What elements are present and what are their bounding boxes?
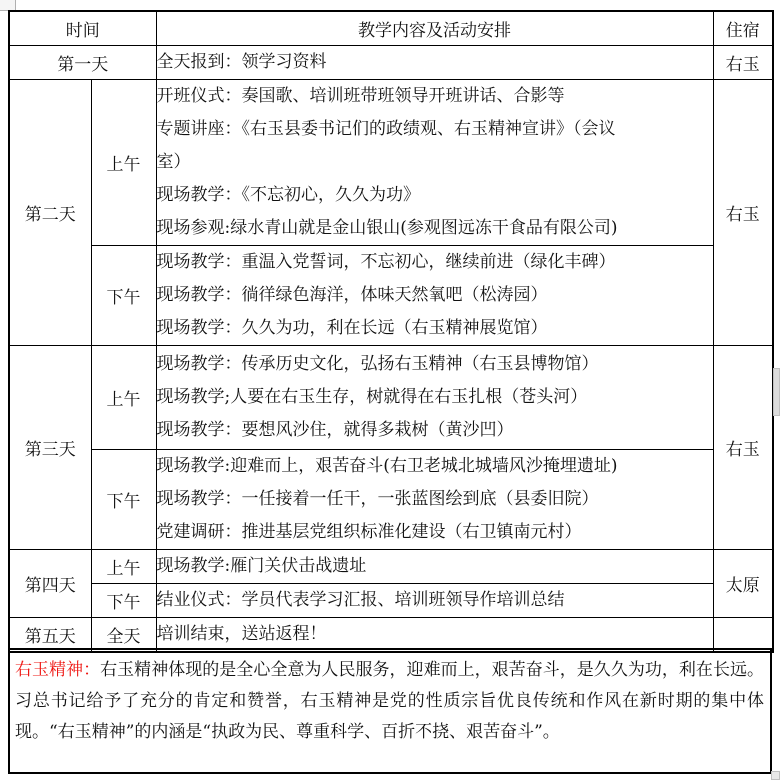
day2-morning-time: 上午 xyxy=(91,79,156,245)
day3-afternoon-row: 下午 现场教学:迎难而上，艰苦奋斗(右卫老城北城墙风沙掩埋遗址) 现场教学：一任… xyxy=(9,449,773,549)
schedule-line: 开班仪式：奏国歌、培训班带班领导开班讲话、合影等 xyxy=(157,80,713,113)
day5-time: 全天 xyxy=(91,617,156,652)
day5-row: 第五天 全天 培训结束，送站返程！ xyxy=(9,617,773,652)
schedule-line: 结业仪式：学员代表学习汇报、培训班领导作培训总结 xyxy=(157,584,713,617)
header-lodging: 住宿 xyxy=(713,11,773,45)
yuyou-spirit-note: 右玉精神：右玉精神体现的是全心全意为人民服务，迎难而上，艰苦奋斗，是久久为功，利… xyxy=(8,648,772,774)
note-label: 右玉精神： xyxy=(15,660,100,680)
day4-afternoon-content: 结业仪式：学员代表学习汇报、培训班领导作培训总结 xyxy=(156,583,713,617)
day1-row: 第一天 全天报到：领学习资料 右玉 xyxy=(9,45,773,79)
schedule-line: 现场教学：久久为功，利在长远（右玉精神展览馆） xyxy=(157,312,713,345)
day1-content: 全天报到：领学习资料 xyxy=(156,45,713,79)
schedule-line: 专题讲座：《右玉县委书记们的政绩观、右玉精神宣讲》（会议 xyxy=(157,113,713,146)
day3-label: 第三天 xyxy=(9,345,91,549)
scrollbar-corner xyxy=(771,771,780,780)
day3-afternoon-time: 下午 xyxy=(91,449,156,549)
training-schedule-table: 时间 教学内容及活动安排 住宿 第一天 全天报到：领学习资料 右玉 第二天 上午… xyxy=(8,10,774,653)
schedule-line: 现场教学：传承历史文化，弘扬右玉精神（右玉县博物馆） xyxy=(157,348,713,381)
day4-label: 第四天 xyxy=(9,549,91,617)
schedule-line: 室） xyxy=(157,146,713,179)
schedule-line: 培训结束，送站返程！ xyxy=(157,618,713,651)
day3-lodging: 右玉 xyxy=(713,345,773,549)
day2-morning-row: 第二天 上午 开班仪式：奏国歌、培训班带班领导开班讲话、合影等 专题讲座：《右玉… xyxy=(9,79,773,245)
schedule-line: 现场参观:绿水青山就是金山银山(参观图远冻干食品有限公司) xyxy=(157,212,713,245)
day3-afternoon-content: 现场教学:迎难而上，艰苦奋斗(右卫老城北城墙风沙掩埋遗址) 现场教学：一任接着一… xyxy=(156,449,713,549)
header-row: 时间 教学内容及活动安排 住宿 xyxy=(9,11,773,45)
day2-morning-content: 开班仪式：奏国歌、培训班带班领导开班讲话、合影等 专题讲座：《右玉县委书记们的政… xyxy=(156,79,713,245)
schedule-line: 全天报到：领学习资料 xyxy=(157,46,713,79)
schedule-line: 现场教学：一任接着一任干，一张蓝图绘到底（县委旧院） xyxy=(157,483,713,516)
day2-label: 第二天 xyxy=(9,79,91,345)
schedule-line: 现场教学：徜徉绿色海洋，体味天然氧吧（松涛园） xyxy=(157,279,713,312)
day2-afternoon-content: 现场教学：重温入党誓词，不忘初心，继续前进（绿化丰碑） 现场教学：徜徉绿色海洋，… xyxy=(156,245,713,345)
day2-afternoon-time: 下午 xyxy=(91,245,156,345)
schedule-line: 现场教学:迎难而上，艰苦奋斗(右卫老城北城墙风沙掩埋遗址) xyxy=(157,450,713,483)
day3-morning-row: 第三天 上午 现场教学：传承历史文化，弘扬右玉精神（右玉县博物馆） 现场教学;人… xyxy=(9,345,773,449)
day5-label: 第五天 xyxy=(9,617,91,652)
day4-lodging: 太原 xyxy=(713,549,773,617)
day3-morning-content: 现场教学：传承历史文化，弘扬右玉精神（右玉县博物馆） 现场教学;人要在右玉生存，… xyxy=(156,345,713,449)
note-body: 右玉精神体现的是全心全意为人民服务，迎难而上，艰苦奋斗，是久久为功，利在长远。习… xyxy=(15,660,764,742)
schedule-line: 现场教学：要想风沙住，就得多栽树（黄沙凹） xyxy=(157,414,713,447)
header-content: 教学内容及活动安排 xyxy=(156,11,713,45)
day1-label: 第一天 xyxy=(9,45,156,79)
day2-lodging: 右玉 xyxy=(713,79,773,345)
header-time: 时间 xyxy=(9,11,156,45)
day5-content: 培训结束，送站返程！ xyxy=(156,617,713,652)
day5-lodging xyxy=(713,617,773,652)
day4-afternoon-time: 下午 xyxy=(91,583,156,617)
day3-morning-time: 上午 xyxy=(91,345,156,449)
schedule-line: 现场教学:雁门关伏击战遗址 xyxy=(157,550,713,583)
day4-morning-time: 上午 xyxy=(91,549,156,583)
schedule-line: 现场教学;人要在右玉生存，树就得在右玉扎根（苍头河） xyxy=(157,381,713,414)
vertical-scrollbar-thumb[interactable] xyxy=(773,368,780,416)
schedule-line: 党建调研：推进基层党组织标准化建设（右卫镇南元村） xyxy=(157,516,713,549)
day4-morning-row: 第四天 上午 现场教学:雁门关伏击战遗址 太原 xyxy=(9,549,773,583)
day2-afternoon-row: 下午 现场教学：重温入党誓词，不忘初心，继续前进（绿化丰碑） 现场教学：徜徉绿色… xyxy=(9,245,773,345)
day4-morning-content: 现场教学:雁门关伏击战遗址 xyxy=(156,549,713,583)
day4-afternoon-row: 下午 结业仪式：学员代表学习汇报、培训班领导作培训总结 xyxy=(9,583,773,617)
schedule-line: 现场教学：重温入党誓词，不忘初心，继续前进（绿化丰碑） xyxy=(157,246,713,279)
schedule-line: 现场教学：《不忘初心，久久为功》 xyxy=(157,179,713,212)
day1-lodging: 右玉 xyxy=(713,45,773,79)
